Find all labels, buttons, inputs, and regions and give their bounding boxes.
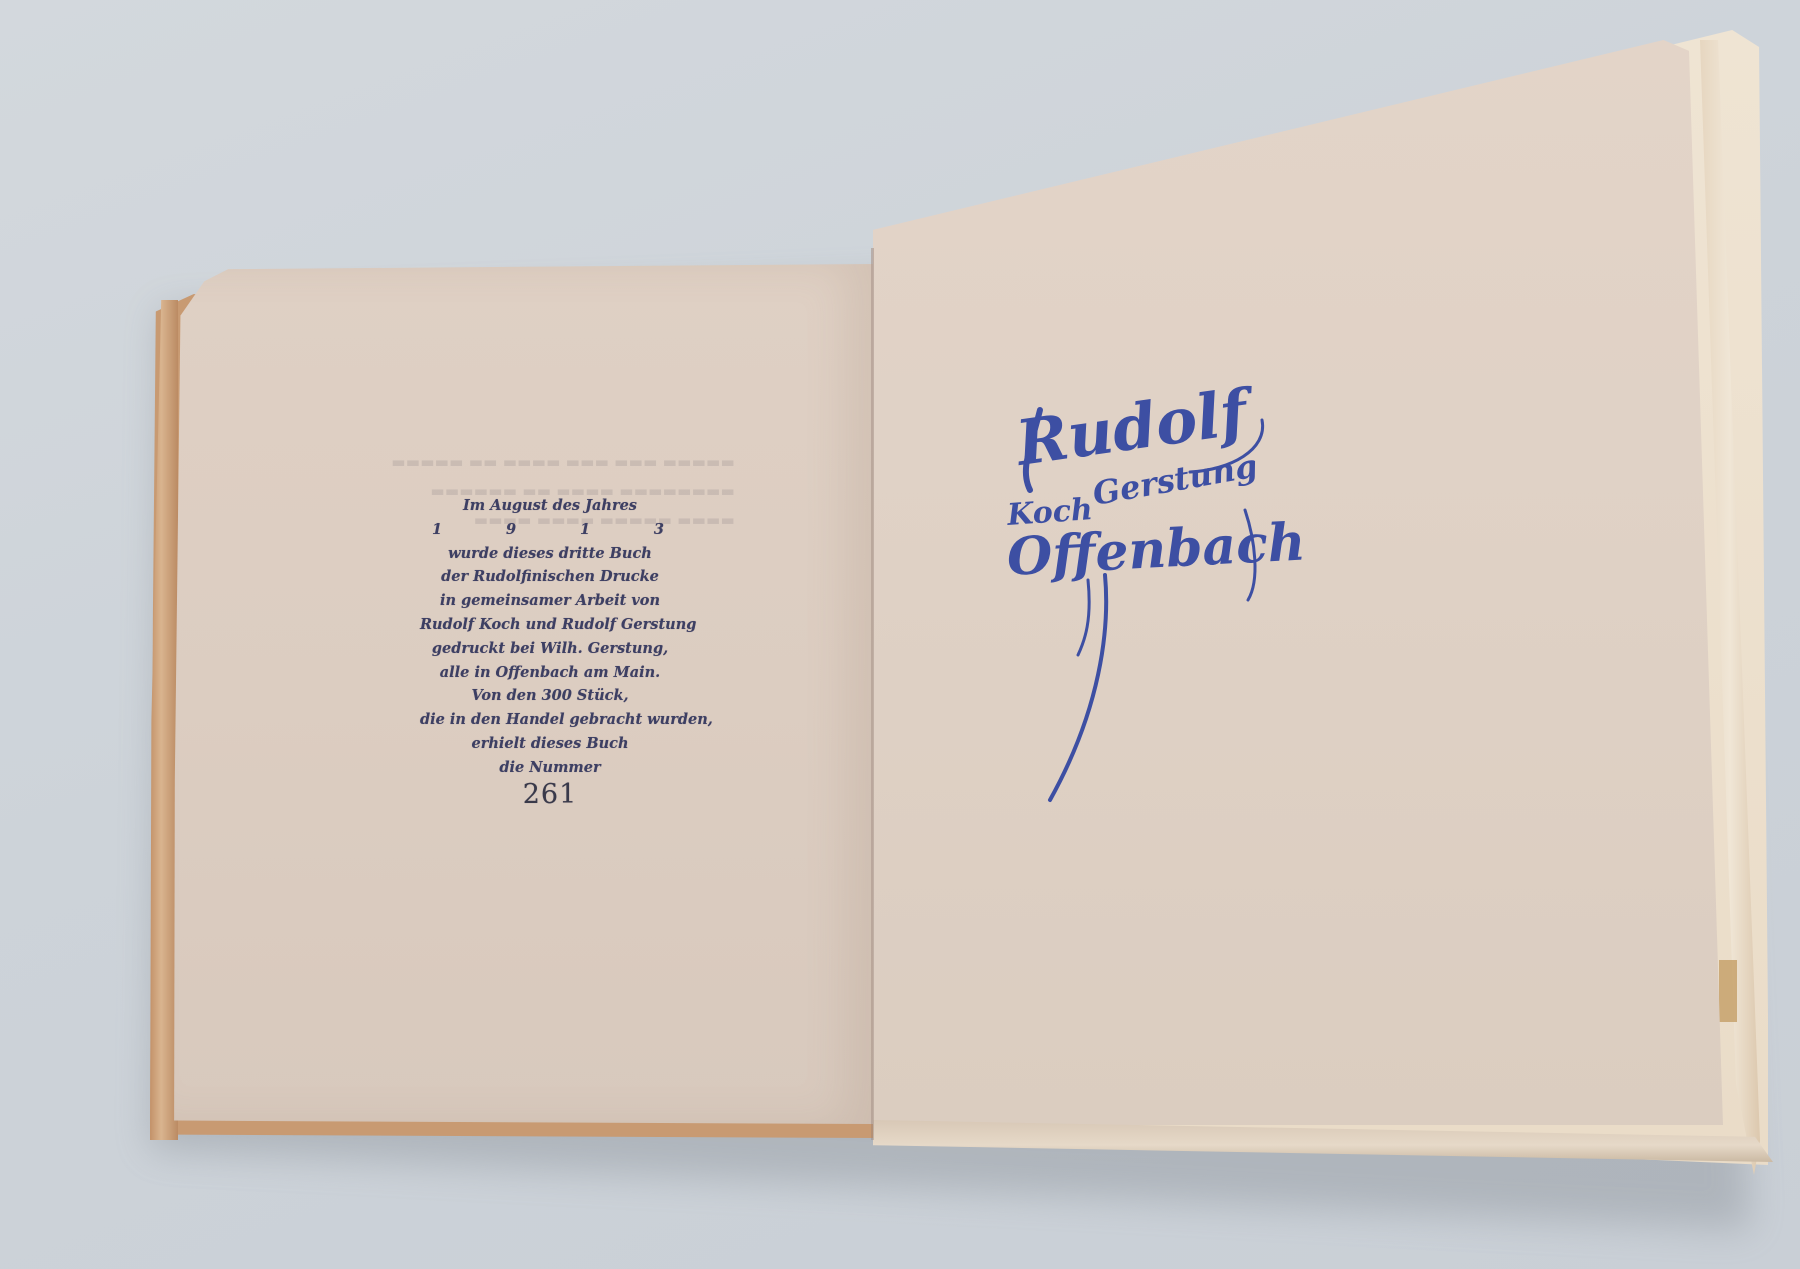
book-gutter [871, 248, 874, 1140]
edition-number: 261 [420, 782, 680, 808]
year-digit: 9 [506, 518, 516, 542]
colophon-year: 1 9 1 3 [420, 518, 664, 542]
colophon-line: in gemeinsamer Arbeit von [420, 589, 680, 613]
tape-strip-bottom [1719, 960, 1737, 1022]
year-digit: 1 [580, 518, 590, 542]
colophon-line: gedruckt bei Wilh. Gerstung, [420, 637, 680, 661]
calligraphic-title: Rudolf Koch Gerstung Offenbach [1000, 390, 1340, 810]
colophon-line: der Rudolfinischen Drucke [420, 565, 680, 589]
colophon-line: wurde dieses dritte Buch [420, 542, 680, 566]
colophon-line: Von den 300 Stück, [420, 684, 680, 708]
year-digit: 3 [654, 518, 664, 542]
calligraphy-graphic: Rudolf Koch Gerstung Offenbach [1000, 390, 1340, 810]
book-photo: ▬▬▬▬▬ ▬▬ ▬▬▬▬ ▬▬▬ ▬▬▬ ▬▬▬▬▬ ▬▬▬▬▬▬ ▬▬ ▬▬… [0, 0, 1800, 1269]
colophon-line: Im August des Jahres [420, 494, 680, 518]
colophon-line: die Nummer [420, 756, 680, 780]
colophon-line: erhielt dieses Buch [420, 732, 680, 756]
colophon: Im August des Jahres 1 9 1 3 wurde diese… [420, 494, 680, 808]
year-digit: 1 [432, 518, 442, 542]
colophon-line: Rudolf Koch und Rudolf Gerstung [420, 613, 680, 637]
colophon-line: die in den Handel gebracht wurden, [420, 708, 680, 732]
colophon-line: alle in Offenbach am Main. [420, 661, 680, 685]
